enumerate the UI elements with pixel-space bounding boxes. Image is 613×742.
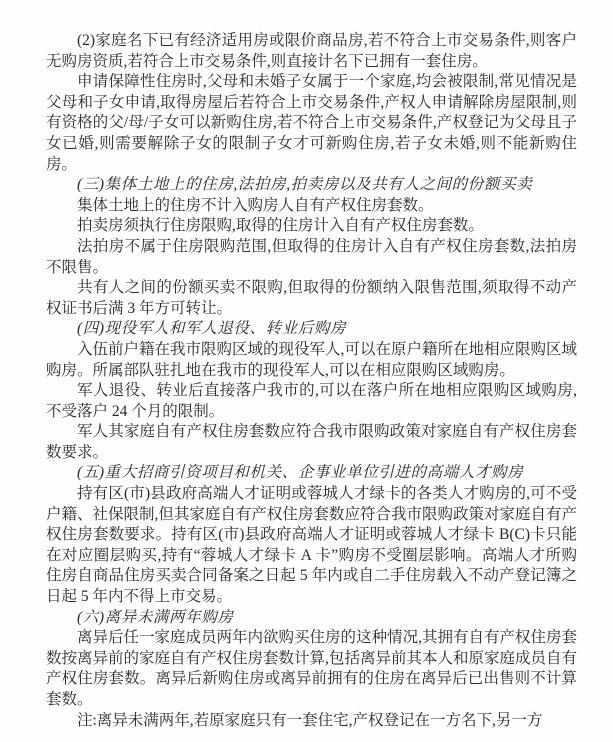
paragraph-judicial-auction-housing: 法拍房不属于住房限购范围,但取得的住房计入自有产权住房套数,法拍房不限售。 (46, 237, 577, 278)
paragraph-talent-green-card: 持有区(市)县政府高端人才证明或蓉城人才绿卡的各类人才购房的,可不受户籍、社保限… (46, 484, 577, 608)
heading-section-6-divorce-within-two-years: (六)离异未满两年购房 (46, 608, 577, 629)
paragraph-co-owner-share-trading: 共有人之间的份额买卖不限购,但取得的份额纳入限售范围,须取得不动产权证书后满 3… (46, 278, 577, 319)
paragraph-collective-land-housing: 集体土地上的住房不计入购房人自有产权住房套数。 (46, 196, 577, 217)
paragraph-divorce-housing-count: 离异后任一家庭成员两年内欲购买住房的这种情况,其拥有自有产权住房套数按离异前的家… (46, 628, 577, 710)
paragraph-economic-housing: (2)家庭名下已有经济适用房或限价商品房,若不符合上市交易条件,则客户无购房资质… (46, 31, 577, 72)
heading-section-5-high-end-talent: (五)重大招商引资项目和机关、企事业单位引进的高端人才购房 (46, 463, 577, 484)
paragraph-retired-military-settlement: 军人退役、转业后直接落户我市的,可以在落户所在地相应限购区域购房,不受落户 24… (46, 381, 577, 422)
document-page: (2)家庭名下已有经济适用房或限价商品房,若不符合上市交易条件,则客户无购房资质… (0, 0, 613, 742)
paragraph-divorce-note: 注:离异未满两年,若原家庭只有一套住宅,产权登记在一方名下,另一方 (46, 711, 577, 732)
paragraph-active-military-purchase: 入伍前户籍在我市限购区域的现役军人,可以在原户籍所在地相应限购区域购房。所属部队… (46, 340, 577, 381)
heading-section-4-military-personnel: (四)现役军人和军人退役、转业后购房 (46, 319, 577, 340)
paragraph-guaranteed-housing-application: 申请保障性住房时,父母和未婚子女属于一个家庭,均会被限制,常见情况是父母和子女申… (46, 72, 577, 175)
paragraph-military-family-quota: 军人其家庭自有产权住房套数应符合我市限购政策对家庭自有产权住房套数要求。 (46, 422, 577, 463)
heading-section-3-collective-land-housing: (三)集体土地上的住房,法拍房,拍卖房以及共有人之间的份额买卖 (46, 175, 577, 196)
paragraph-auction-housing: 拍卖房须执行住房限购,取得的住房计入自有产权住房套数。 (46, 216, 577, 237)
